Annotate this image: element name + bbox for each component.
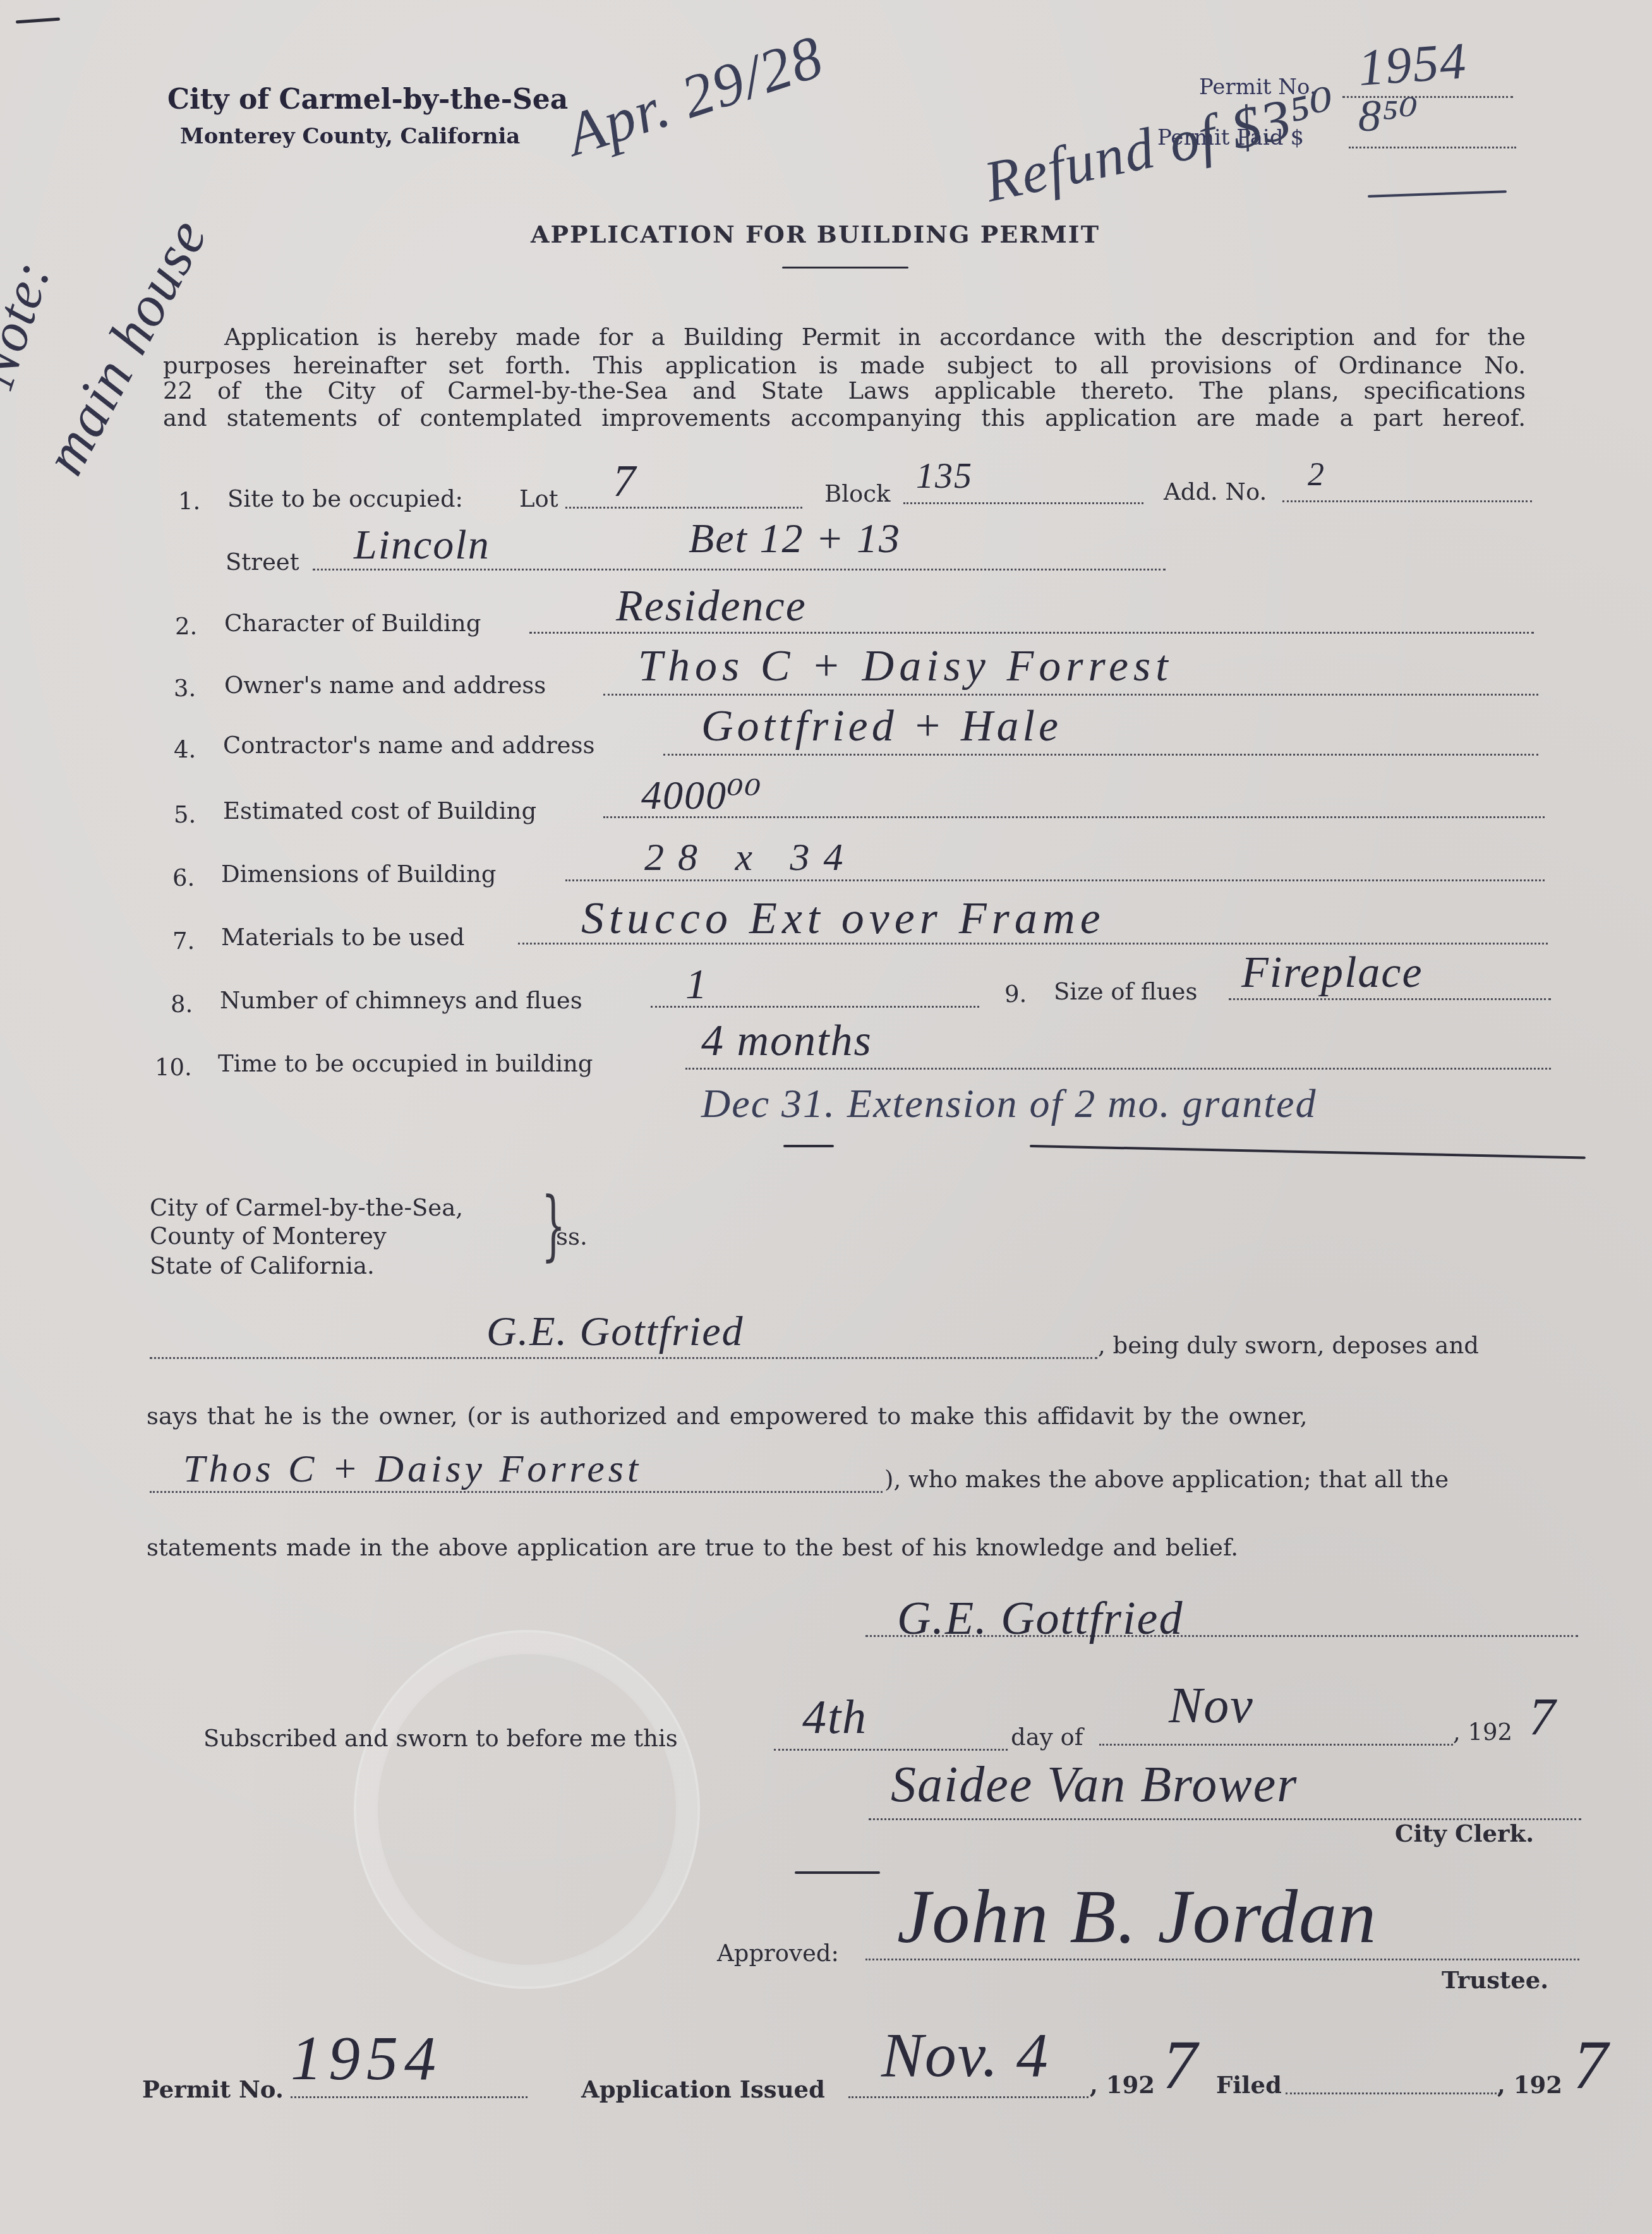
time-label: Time to be occupied in building xyxy=(218,1050,593,1077)
contractor-line xyxy=(663,754,1538,756)
affidavit-line-3: ), who makes the above application; that… xyxy=(884,1466,1449,1493)
add-no-line xyxy=(1282,500,1532,502)
field-8-number: 8. xyxy=(171,991,193,1018)
field-2-number: 2. xyxy=(175,613,197,640)
affiant-signature: G.E. Gottfried xyxy=(486,1308,744,1356)
filed-label: Filed xyxy=(1216,2071,1282,2099)
street-between[interactable]: Bet 12 + 13 xyxy=(689,515,901,563)
issued-year-digit[interactable]: 7 xyxy=(1162,2025,1198,2105)
character-value[interactable]: Residence xyxy=(616,581,807,632)
issued-value[interactable]: Nov. 4 xyxy=(881,2019,1049,2091)
flue-size-line xyxy=(1229,998,1551,1000)
filed-year-prefix: , 192 xyxy=(1497,2071,1562,2099)
field-6-number: 6. xyxy=(172,864,195,891)
issued-label: Application Issued xyxy=(581,2075,825,2103)
jurat-day[interactable]: 4th xyxy=(802,1690,867,1745)
intro-line-3: 22 of the City of Carmel-by-the-Sea and … xyxy=(163,376,1526,406)
materials-value[interactable]: Stucco Ext over Frame xyxy=(581,892,1106,945)
field-9-number: 9. xyxy=(1004,981,1027,1008)
extension-underline-left xyxy=(783,1145,834,1147)
owner-line xyxy=(603,694,1538,696)
refund-annotation: Refund of $3⁵⁰ xyxy=(979,75,1343,215)
venue-line-1: City of Carmel-by-the-Sea, xyxy=(150,1194,463,1221)
date-annotation: Apr. 29/28 xyxy=(558,21,832,169)
footer-permit-no-label: Permit No. xyxy=(142,2075,284,2103)
field-4-number: 4. xyxy=(174,736,196,763)
approved-label: Approved: xyxy=(717,1940,839,1967)
flue-size-value[interactable]: Fireplace xyxy=(1241,948,1423,998)
jurat-year-digit[interactable]: 7 xyxy=(1529,1687,1557,1748)
clerk-title: City Clerk. xyxy=(1395,1820,1534,1847)
lot-label: Lot xyxy=(519,485,558,512)
flue-size-label: Size of flues xyxy=(1054,978,1197,1005)
street-label: Street xyxy=(226,548,299,576)
intro-line-1: Application is hereby made for a Buildin… xyxy=(224,322,1526,353)
field-3-number: 3. xyxy=(174,675,196,702)
field-7-number: 7. xyxy=(172,927,195,955)
add-no-value[interactable]: 2 xyxy=(1308,456,1325,493)
footer-permit-no-value[interactable]: 1954 xyxy=(291,2022,442,2094)
month-line xyxy=(1099,1744,1453,1746)
lot-line xyxy=(565,507,802,509)
filed-line xyxy=(1286,2092,1500,2094)
affidavit-owner-name: Thos C + Daisy Forrest xyxy=(183,1447,642,1492)
venue-line-2: County of Monterey xyxy=(150,1223,387,1250)
character-label: Character of Building xyxy=(224,610,481,637)
affidavit-line-4: statements made in the above application… xyxy=(147,1534,1238,1561)
affidavit-line-1: , being duly sworn, deposes and xyxy=(1098,1332,1479,1359)
chimneys-value[interactable]: 1 xyxy=(685,959,708,1009)
issued-line xyxy=(848,2096,1088,2098)
time-value[interactable]: 4 months xyxy=(701,1016,872,1066)
site-label: Site to be occupied: xyxy=(227,485,463,512)
permit-paid-line xyxy=(1349,147,1516,148)
filed-year-digit[interactable]: 7 xyxy=(1573,2025,1609,2105)
owner-value[interactable]: Thos C + Daisy Forrest xyxy=(638,641,1173,692)
extension-note: Dec 31. Extension of 2 mo. granted xyxy=(701,1080,1317,1127)
contractor-label: Contractor's name and address xyxy=(223,732,594,759)
add-no-label: Add. No. xyxy=(1164,478,1267,505)
affidavit-signature: G.E. Gottfried xyxy=(897,1592,1183,1646)
lot-value[interactable]: 7 xyxy=(613,455,637,507)
field-1-number: 1. xyxy=(178,488,200,515)
street-value[interactable]: Lincoln xyxy=(354,521,490,569)
field-10-number: 10. xyxy=(155,1054,192,1081)
field-5-number: 5. xyxy=(174,801,196,828)
owner-label: Owner's name and address xyxy=(224,672,546,699)
contractor-value[interactable]: Gottfried + Hale xyxy=(701,701,1062,752)
issued-year-prefix: , 192 xyxy=(1090,2071,1155,2099)
affidavit-line-2: says that he is the owner, (or is author… xyxy=(147,1403,1308,1430)
embossed-seal xyxy=(354,1630,700,1989)
cost-label: Estimated cost of Building xyxy=(223,797,536,824)
time-line xyxy=(685,1068,1551,1070)
jurat-month[interactable]: Nov xyxy=(1169,1677,1254,1735)
day-line xyxy=(774,1749,1008,1751)
approval-dash xyxy=(795,1871,880,1874)
margin-note-1: Note: xyxy=(0,252,64,395)
jurat-prefix: Subscribed and sworn to before me this xyxy=(203,1725,678,1752)
chimneys-label: Number of chimneys and flues xyxy=(220,987,582,1014)
materials-label: Materials to be used xyxy=(221,924,465,951)
intro-line-4: and statements of contemplated improveme… xyxy=(163,403,1526,433)
county-heading: Monterey County, California xyxy=(180,124,520,149)
title-rule xyxy=(782,267,908,269)
trustee-signature: John B. Jordan xyxy=(897,1873,1377,1960)
clerk-signature: Saidee Van Brower xyxy=(891,1756,1298,1814)
dimensions-value[interactable]: 28 x 34 xyxy=(644,835,857,880)
trustee-title: Trustee. xyxy=(1442,1966,1548,1994)
refund-underline xyxy=(1368,190,1507,198)
permit-paid-value[interactable]: 8⁵⁰ xyxy=(1358,88,1419,142)
block-label: Block xyxy=(824,480,890,507)
footer-permit-no-line xyxy=(291,2096,528,2098)
margin-note-2: main house xyxy=(30,207,220,485)
block-line xyxy=(903,502,1143,504)
dimensions-label: Dimensions of Building xyxy=(221,860,496,888)
cost-value[interactable]: 4000⁰⁰ xyxy=(641,772,762,819)
day-of-label: day of xyxy=(1011,1724,1083,1751)
city-heading: City of Carmel-by-the-Sea xyxy=(167,83,568,116)
affiant-line xyxy=(150,1357,1097,1359)
extension-underline-right xyxy=(1030,1145,1586,1159)
jurat-year-prefix: , 192 xyxy=(1453,1718,1512,1746)
venue-line-3: State of California. xyxy=(150,1252,375,1279)
character-line xyxy=(529,632,1534,634)
form-title: APPLICATION FOR BUILDING PERMIT xyxy=(531,220,1100,248)
block-value[interactable]: 135 xyxy=(916,456,973,497)
ss-label: ss. xyxy=(556,1223,588,1250)
pen-stroke xyxy=(16,18,60,24)
